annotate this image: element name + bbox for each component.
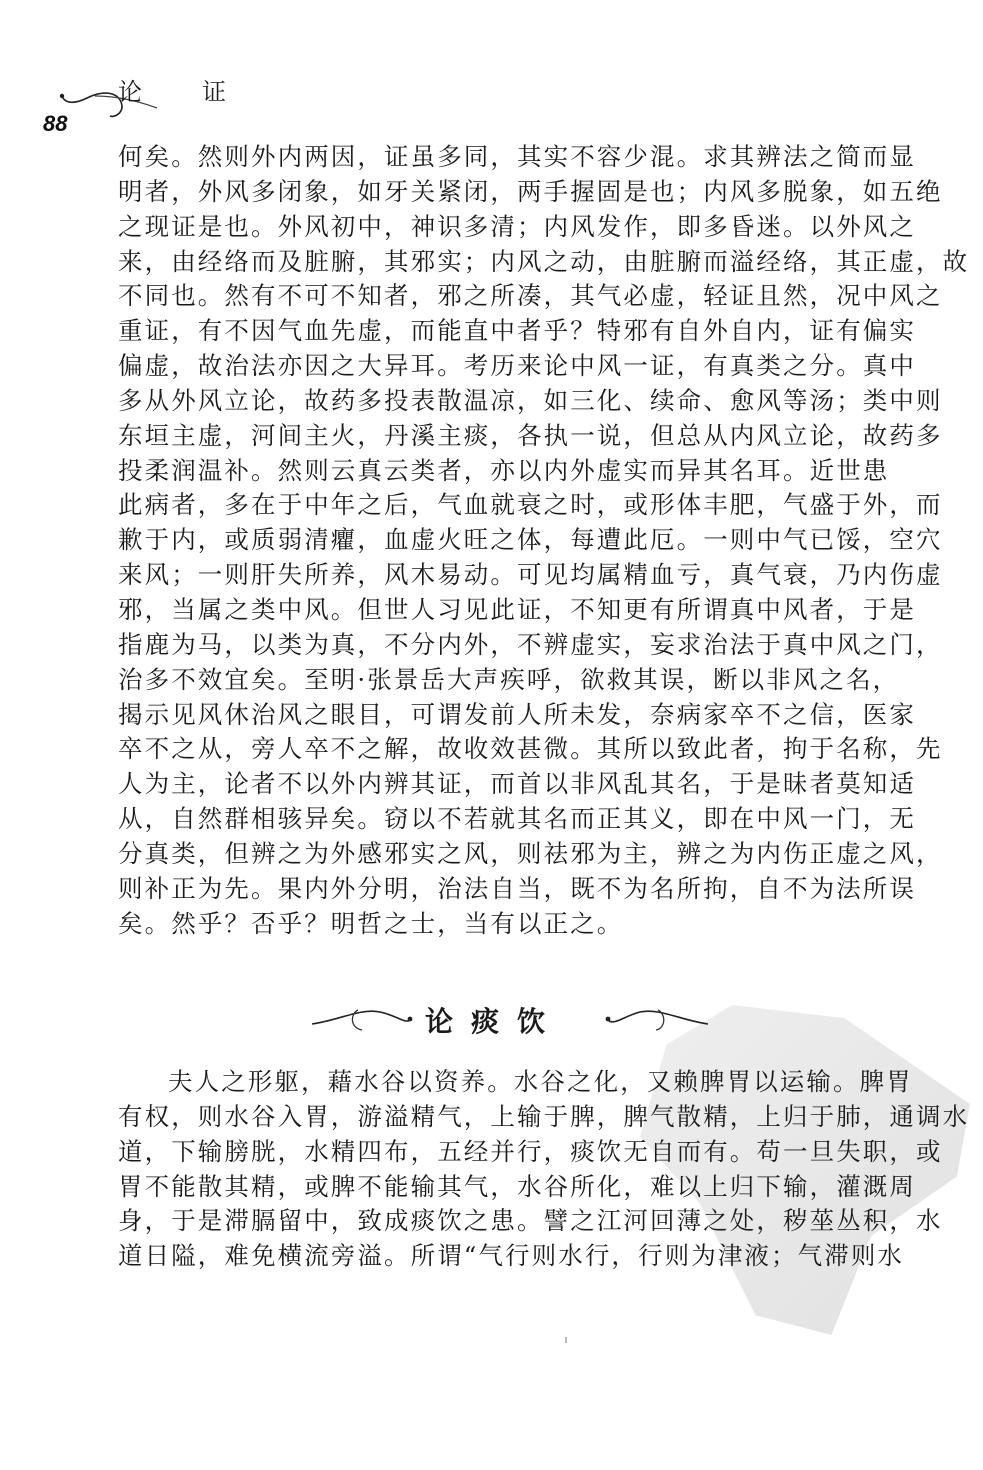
body-text-section2: 夫人之形躯，藉水谷以资养。水谷之化，又赖脾胃以运输。脾胃 有权，则水谷入胃，游溢… <box>118 1065 888 1274</box>
text-line: 卒不之从，旁人卒不之解，故收效甚微。其所以致此者，拘于名称，先 <box>118 732 888 767</box>
page-header: 论证 88 <box>0 60 400 140</box>
text-line: 投柔润温补。然则云真云类者，亦以内外虚实而异其名耳。近世患 <box>118 454 888 489</box>
text-line: 从，自然群相骇异矣。窃以不若就其名而正其义，即在中风一门，无 <box>118 802 888 837</box>
paragraph: 何矣。然则外内两因，证虽多同，其实不容少混。求其辨法之简而显 明者，外风多闭象，… <box>118 140 888 941</box>
text-line: 东垣主虚，河间主火，丹溪主痰，各执一说，但总从内风立论，故药多 <box>118 419 888 454</box>
text-line: 邪，当属之类中风。但世人习见此证，不知更有所谓真中风者，于是 <box>118 593 888 628</box>
running-title-char: 证 <box>202 72 226 107</box>
text-line: 治多不效宜矣。至明·张景岳大声疾呼，欲救其误，断以非风之名， <box>118 663 888 698</box>
text-line: 人为主，论者不以外内辨其证，而首以非风乱其名，于是昧者莫知适 <box>118 767 888 802</box>
text-line: 此病者，多在于中年之后，气血就衰之时，或形体丰肥，气盛于外，而 <box>118 488 888 523</box>
section-heading: 论痰饮 <box>300 990 700 1050</box>
text-line: 来，由经络而及脏腑，其邪实；内风之动，由脏腑而溢经络，其正虚，故 <box>118 245 888 280</box>
text-line: 夫人之形躯，藉水谷以资养。水谷之化，又赖脾胃以运输。脾胃 <box>118 1065 888 1100</box>
text-line: 明者，外风多闭象，如牙关紧闭，两手握固是也；内风多脱象，如五绝 <box>118 175 888 210</box>
text-line: 道，下输膀胱，水精四布，五经并行，痰饮无自而有。苟一旦失职，或 <box>118 1135 888 1170</box>
text-line: 分真类，但辨之为外感邪实之风，则祛邪为主，辨之为内伤正虚之风， <box>118 837 888 872</box>
text-line: 歉于内，或质弱清癯，血虚火旺之体，每遭此厄。一则中气已馁，空穴 <box>118 523 888 558</box>
text-line: 矣。然乎？否乎？明哲之士，当有以正之。 <box>118 907 888 942</box>
text-line: 来风；一则肝失所养，风木易动。可见均属精血亏，真气衰，乃内伤虚 <box>118 558 888 593</box>
section-title: 论痰饮 <box>425 1000 563 1040</box>
text-line: 何矣。然则外内两因，证虽多同，其实不容少混。求其辨法之简而显 <box>118 140 888 175</box>
text-line: 揭示见风休治风之眼目，可谓发前人所未发，奈病家卒不之信，医家 <box>118 698 888 733</box>
text-line: 胃不能散其精，或脾不能输其气，水谷所化，难以上归下输，灌溉周 <box>118 1170 888 1205</box>
text-line: 道日隘，难免横流旁溢。所谓“气行则水行，行则为津液；气滞则水 <box>118 1239 888 1274</box>
text-line: 偏虚，故治法亦因之大异耳。考历来论中风一证，有真类之分。真中 <box>118 349 888 384</box>
text-line: 之现证是也。外风初中，神识多清；内风发作，即多昏迷。以外风之 <box>118 210 888 245</box>
flourish-right-icon <box>600 1002 710 1038</box>
text-line: 多从外风立论，故药多投表散温凉，如三化、续命、愈风等汤；类中则 <box>118 384 888 419</box>
flourish-left-icon <box>310 1002 420 1038</box>
page-number: 88 <box>43 111 67 137</box>
text-line: 不同也。然有不可不知者，邪之所凑，其气必虚，轻证且然，况中风之 <box>118 279 888 314</box>
scan-speck <box>565 1337 567 1343</box>
text-line: 重证，有不因气血先虚，而能直中者乎？特邪有自外自内，证有偏实 <box>118 314 888 349</box>
body-text-section1: 何矣。然则外内两因，证虽多同，其实不容少混。求其辨法之简而显 明者，外风多闭象，… <box>118 140 888 941</box>
text-line: 则补正为先。果内外分明，治法自当，既不为名所拘，自不为法所误 <box>118 872 888 907</box>
paragraph: 夫人之形躯，藉水谷以资养。水谷之化，又赖脾胃以运输。脾胃 有权，则水谷入胃，游溢… <box>118 1065 888 1274</box>
text-line: 指鹿为马，以类为真，不分内外，不辨虚实，妄求治法于真中风之门， <box>118 628 888 663</box>
text-line: 身，于是滞膈留中，致成痰饮之患。譬之江河回薄之处，秽莝丛积，水 <box>118 1204 888 1239</box>
text-line: 有权，则水谷入胃，游溢精气，上输于脾，脾气散精，上归于肺，通调水 <box>118 1100 888 1135</box>
running-title-char: 论 <box>118 72 142 107</box>
running-title: 论证 <box>118 72 226 107</box>
